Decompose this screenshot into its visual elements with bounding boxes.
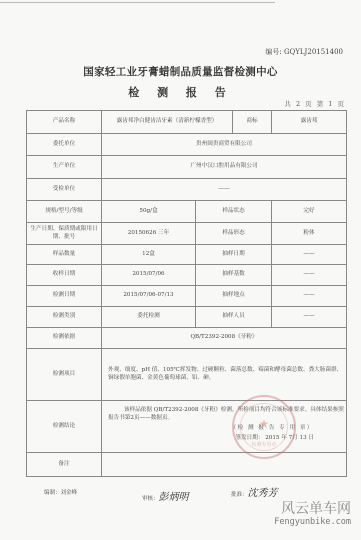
report-number: 编号: GQYLJ20151400 bbox=[265, 47, 343, 57]
value-sampling-date: —— bbox=[272, 245, 347, 265]
row-test-date: 检测日期 2015/07/06-07/13 抽样地点 —— bbox=[27, 286, 347, 307]
label-sampling-base: 抽样基数 bbox=[196, 265, 272, 286]
value-product-name: 露齿邦净白健齿洁牙素（清新柠檬香型） bbox=[102, 111, 233, 134]
row-remarks: 备注 bbox=[27, 453, 347, 477]
value-sample-state: 完好 bbox=[272, 201, 347, 223]
paper-edge bbox=[0, 2, 275, 3]
label-sample-form: 样品形态 bbox=[196, 223, 272, 245]
row-inspected: 受检单位 —— bbox=[27, 179, 347, 201]
document-title: 检 测 报 告 bbox=[0, 84, 361, 100]
value-test-items: 外观、细度、pH 值、105℃挥发物、过硬颗粒、菌落总数、霉菌和酵母菌总数、粪大… bbox=[102, 349, 347, 401]
watermark-english: Fengyunbike.com bbox=[274, 517, 351, 527]
value-sampler: —— bbox=[272, 307, 347, 328]
label-spec: 规格/型号/等级 bbox=[27, 201, 102, 223]
value-test-date: 2015/07/06-07/13 bbox=[102, 286, 196, 307]
row-sample-qty: 样品数量 12盒 抽样日期 —— bbox=[27, 245, 347, 265]
value-trademark: 露齿邦 bbox=[272, 111, 347, 134]
approver-label: 批准： bbox=[231, 492, 248, 498]
approver-signature: 沈秀芳 bbox=[248, 488, 278, 499]
conclusion-text: 该样品依据 QB/T2392-2008《牙粉》检测，所检项目均符合该标准要求。具… bbox=[108, 407, 344, 422]
value-remarks bbox=[102, 453, 347, 477]
label-product-name: 产品名称 bbox=[27, 111, 102, 134]
value-receive-date: 2015/07/06 bbox=[102, 265, 196, 286]
label-remarks: 备注 bbox=[27, 453, 102, 477]
row-conclusion: 检测结论 该样品依据 QB/T2392-2008《牙粉》检测，所检项目均符合该标… bbox=[27, 401, 347, 453]
row-test-type: 检测类别 委托检测 抽样人员 —— bbox=[27, 307, 347, 328]
approver: 批准：沈秀芳 bbox=[231, 484, 278, 499]
label-sample-state: 样品状态 bbox=[196, 201, 272, 223]
label-sample-qty: 样品数量 bbox=[27, 245, 102, 265]
label-sampling-place: 抽样地点 bbox=[196, 286, 272, 307]
row-basis: 检测依据 QB/T2392-2008《牙粉》 bbox=[27, 328, 347, 349]
page-info: 共 2 页 第 1 页 bbox=[284, 99, 344, 108]
reviewer-signature: 彭炳明 bbox=[159, 492, 189, 503]
label-manufacturer: 生产单位 bbox=[27, 156, 102, 179]
label-sampler: 抽样人员 bbox=[196, 307, 272, 328]
issue-date: 签发日期： 2015 年 7月 13 日 bbox=[108, 435, 344, 443]
label-test-date: 检测日期 bbox=[27, 286, 102, 307]
value-production-date: 20150626 三年 bbox=[102, 223, 196, 245]
label-receive-date: 收样日期 bbox=[27, 265, 102, 286]
watermark-chinese: 风云单车网 bbox=[281, 498, 351, 518]
row-client: 委托单位 贵州闽贵商贸有限公司 bbox=[27, 134, 347, 156]
value-sample-form: 粉体 bbox=[272, 223, 347, 245]
label-client: 委托单位 bbox=[27, 134, 102, 156]
row-spec: 规格/型号/等级 50g/盒 样品状态 完好 bbox=[27, 201, 347, 223]
label-production-date: 生产日期、保质期或限用日期、批号 bbox=[27, 223, 102, 245]
row-production-date: 生产日期、保质期或限用日期、批号 20150626 三年 样品形态 粉体 bbox=[27, 223, 347, 245]
row-test-items: 检测项目 外观、细度、pH 值、105℃挥发物、过硬颗粒、菌落总数、霉菌和酵母菌… bbox=[27, 349, 347, 401]
value-sample-qty: 12盒 bbox=[102, 245, 196, 265]
value-manufacturer: 广州中汉口腔用品有限公司 bbox=[102, 156, 347, 179]
value-test-type: 委托检测 bbox=[102, 307, 196, 328]
label-test-type: 检测类别 bbox=[27, 307, 102, 328]
value-inspected: —— bbox=[102, 179, 347, 201]
row-receive-date: 收样日期 2015/07/06 抽样基数 —— bbox=[27, 265, 347, 286]
report-table: 产品名称 露齿邦净白健齿洁牙素（清新柠檬香型） 商标 露齿邦 委托单位 贵州闽贵… bbox=[26, 110, 347, 477]
label-trademark: 商标 bbox=[233, 111, 272, 134]
row-product-name: 产品名称 露齿邦净白健齿洁牙素（清新柠檬香型） 商标 露齿邦 bbox=[27, 111, 347, 134]
editor-label: 编制：刘金峰 bbox=[44, 488, 77, 496]
stamp-caption: （检 测 报 告 专 用 章） bbox=[108, 425, 344, 433]
organization-title: 国家轻工业牙膏蜡制品质量监督检测中心 bbox=[0, 64, 361, 79]
label-sampling-date: 抽样日期 bbox=[196, 245, 272, 265]
value-sampling-base: —— bbox=[272, 265, 347, 286]
label-basis: 检测依据 bbox=[27, 328, 102, 349]
row-manufacturer: 生产单位 广州中汉口腔用品有限公司 bbox=[27, 156, 347, 179]
label-conclusion: 检测结论 bbox=[27, 401, 102, 453]
value-spec: 50g/盒 bbox=[102, 201, 196, 223]
reviewer-label: 审核： bbox=[142, 496, 159, 502]
reviewer: 审核：彭炳明 bbox=[142, 488, 189, 503]
value-conclusion-cell: 该样品依据 QB/T2392-2008《牙粉》检测，所检项目均符合该标准要求。具… bbox=[102, 401, 347, 453]
value-sampling-place: —— bbox=[272, 286, 347, 307]
label-inspected: 受检单位 bbox=[27, 179, 102, 201]
value-basis: QB/T2392-2008《牙粉》 bbox=[102, 328, 347, 349]
label-test-items: 检测项目 bbox=[27, 349, 102, 401]
value-client: 贵州闽贵商贸有限公司 bbox=[102, 134, 347, 156]
